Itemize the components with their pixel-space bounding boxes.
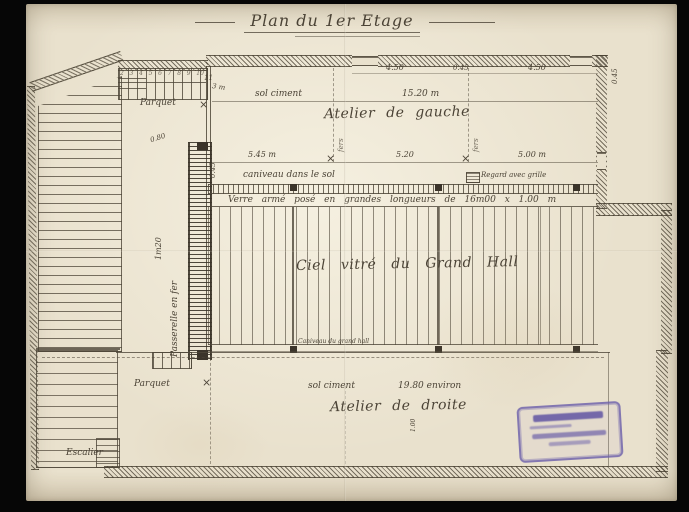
stamp-text-line bbox=[530, 424, 572, 430]
post-base bbox=[573, 184, 580, 191]
stairs-note-2: 3 m bbox=[212, 82, 226, 92]
wall-right-lower bbox=[656, 350, 668, 472]
mini-stair-mid bbox=[152, 352, 192, 369]
title-dash-right bbox=[429, 22, 495, 23]
stair-step-numbers: 2 3 4 5 6 7 8 9 10 bbox=[120, 70, 204, 77]
dim-mid-2: 5.20 bbox=[396, 150, 414, 159]
small-dim-lower: 1.00 bbox=[410, 406, 417, 432]
escalier-label: Escalier bbox=[66, 448, 103, 458]
paper-stain bbox=[420, 280, 600, 410]
dim-line-mid bbox=[212, 162, 598, 163]
step-number: 10 bbox=[196, 70, 204, 77]
step-number: 4 bbox=[139, 70, 143, 77]
wired-glass-note: Verre armé posé en grandes longueurs de … bbox=[228, 195, 556, 205]
parquet-label-lower: Parquet bbox=[134, 379, 170, 389]
floor-note-lower: sol ciment bbox=[308, 381, 355, 391]
dim-mid-1: 5.45 m bbox=[248, 150, 276, 159]
parquet-label-top: Parquet bbox=[140, 98, 176, 108]
column-mark-2: × bbox=[461, 152, 470, 165]
step-number: 2 bbox=[120, 70, 124, 77]
left-wing-upper-roof bbox=[38, 76, 122, 352]
dim-top-2: 0.45 bbox=[453, 64, 469, 72]
window-top-2 bbox=[570, 56, 592, 66]
column-mark-lower: × bbox=[202, 376, 211, 389]
winder-line-2 bbox=[118, 88, 146, 89]
width-dim-upper: 15.20 m bbox=[402, 89, 439, 99]
paper-stain bbox=[130, 400, 270, 490]
dim-top-3: 4.50 bbox=[528, 63, 546, 72]
step-number: 5 bbox=[149, 70, 153, 77]
stamp-text-line bbox=[533, 411, 603, 422]
fold-crease-vertical bbox=[344, 4, 346, 501]
stamp-text-line bbox=[532, 430, 606, 440]
fold-crease-horizontal bbox=[26, 250, 677, 252]
staircase-mid-line bbox=[118, 82, 206, 83]
gutter-note-upper: caniveau dans le sol bbox=[243, 170, 335, 180]
dim-line-width bbox=[212, 101, 598, 102]
hall-gutter-note: Caniveau du grand hall bbox=[298, 338, 369, 345]
column-mark-1: × bbox=[326, 152, 335, 165]
winder-line-1 bbox=[118, 78, 146, 79]
step-number: 3 bbox=[130, 70, 134, 77]
column-mark-top: × bbox=[199, 98, 208, 111]
step-number: 9 bbox=[187, 70, 191, 77]
dim-top-1: 4.50 bbox=[386, 63, 404, 72]
dim-mid-3: 5.00 m bbox=[518, 150, 546, 159]
wall-right-mid bbox=[661, 210, 672, 354]
floor-note-upper: sol ciment bbox=[255, 89, 302, 99]
wall-top-a bbox=[206, 55, 352, 67]
post-base bbox=[290, 184, 297, 191]
passerelle-note-2: 0.45 bbox=[209, 150, 217, 178]
stamp-text-line bbox=[549, 440, 591, 447]
construction-dash-1 bbox=[333, 68, 334, 162]
gutter-band bbox=[208, 184, 598, 194]
step-number: 8 bbox=[177, 70, 181, 77]
passerelle-width-dim: 1m20 bbox=[154, 218, 163, 260]
page-title: Plan du 1er Etage bbox=[244, 11, 419, 33]
passerelle-label: Passerelle en fer bbox=[170, 225, 180, 357]
drain-label: Regard avec grille bbox=[481, 171, 546, 179]
dim-line-top bbox=[352, 73, 598, 74]
title-dash-left bbox=[195, 22, 235, 23]
post-base bbox=[435, 184, 442, 191]
passerelle-top-landing bbox=[197, 142, 208, 150]
window-top-1 bbox=[352, 56, 378, 66]
construction-dash-2 bbox=[468, 68, 469, 162]
hall-pane-divider bbox=[292, 207, 294, 345]
window-right bbox=[597, 152, 606, 170]
drain-grate-icon bbox=[466, 172, 480, 183]
scanned-floor-plan: Plan du 1er Etage 2 3 4 5 6 7 8 9 10 11 … bbox=[0, 0, 689, 512]
post-note-2: fers bbox=[472, 124, 480, 152]
dim-top-4: 0.45 bbox=[611, 58, 619, 84]
step-number: 6 bbox=[158, 70, 162, 77]
title-underline bbox=[295, 36, 420, 37]
violet-rubber-stamp bbox=[516, 401, 623, 463]
wing-divider-line bbox=[36, 348, 120, 350]
step-number: 7 bbox=[168, 70, 172, 77]
